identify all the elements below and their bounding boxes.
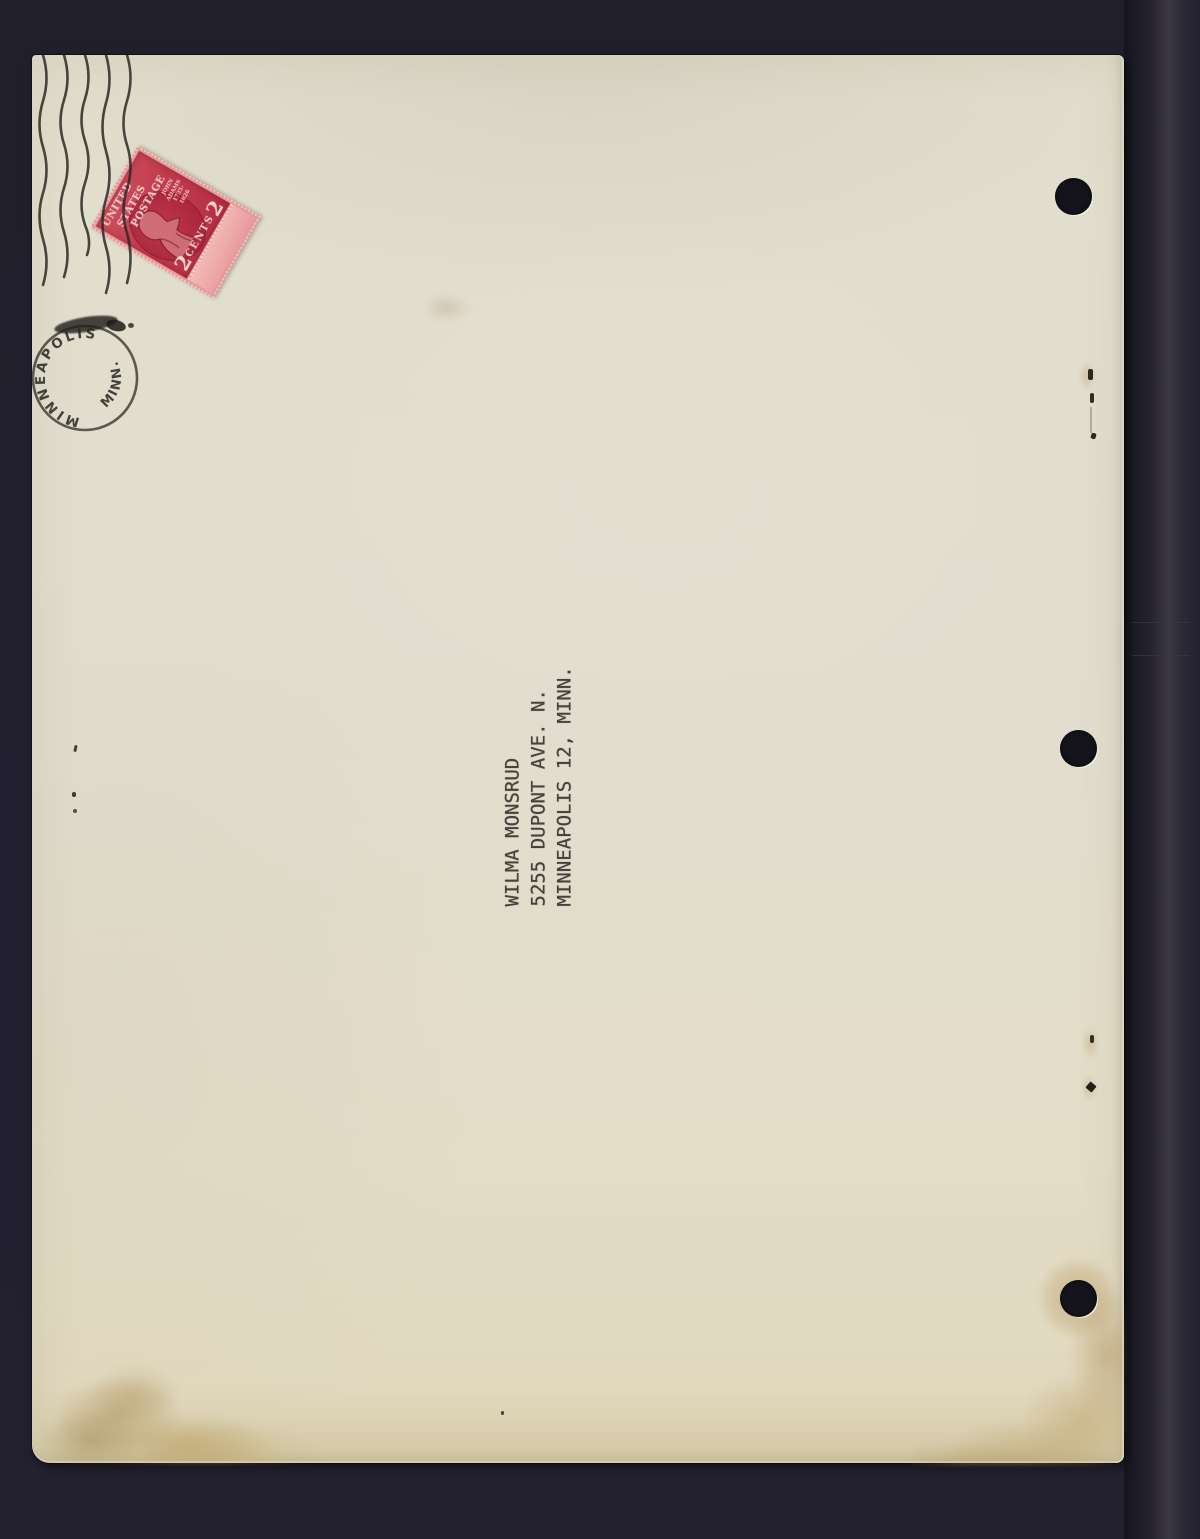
address-name: WILMA MONSRUD [500,662,526,907]
staple-mark [72,792,76,797]
book-spine-edge [1124,0,1200,1539]
faint-smudge [422,293,472,323]
water-stain-bottom-left [40,1353,340,1463]
water-stain-bottom-right [912,1293,1124,1465]
staple-mark [73,809,77,813]
cancellation-wavy-lines [32,55,162,375]
address-city: MINNEAPOLIS 12, MINN. [552,662,578,907]
typed-address-block: WILMA MONSRUD 5255 DUPONT AVE. N. MINNEA… [500,662,582,907]
tear-mark [1090,1035,1094,1043]
tan-smudge [1082,1027,1099,1059]
staple-mark [73,745,77,752]
tear-mark [1090,393,1094,403]
tear-mark [1088,369,1093,380]
punch-hole [1055,178,1092,215]
speck [501,1411,504,1415]
spine-scratch [1132,655,1190,656]
punch-hole [1060,730,1097,767]
envelope-paper: UNITED STATES POSTAGE JOHN ADAMS 1735-18… [32,55,1124,1463]
tan-smudge [1078,361,1096,391]
bottom-aging-band [32,1385,1124,1463]
spine-scratch [1132,622,1190,623]
tear-mark [1090,432,1097,439]
scratch-mark [1090,407,1092,433]
address-street: 5255 DUPONT AVE. N. [526,662,552,907]
punch-hole [1060,1280,1097,1317]
scanned-envelope-page: UNITED STATES POSTAGE JOHN ADAMS 1735-18… [0,0,1200,1539]
tear-mark [1085,1081,1096,1092]
